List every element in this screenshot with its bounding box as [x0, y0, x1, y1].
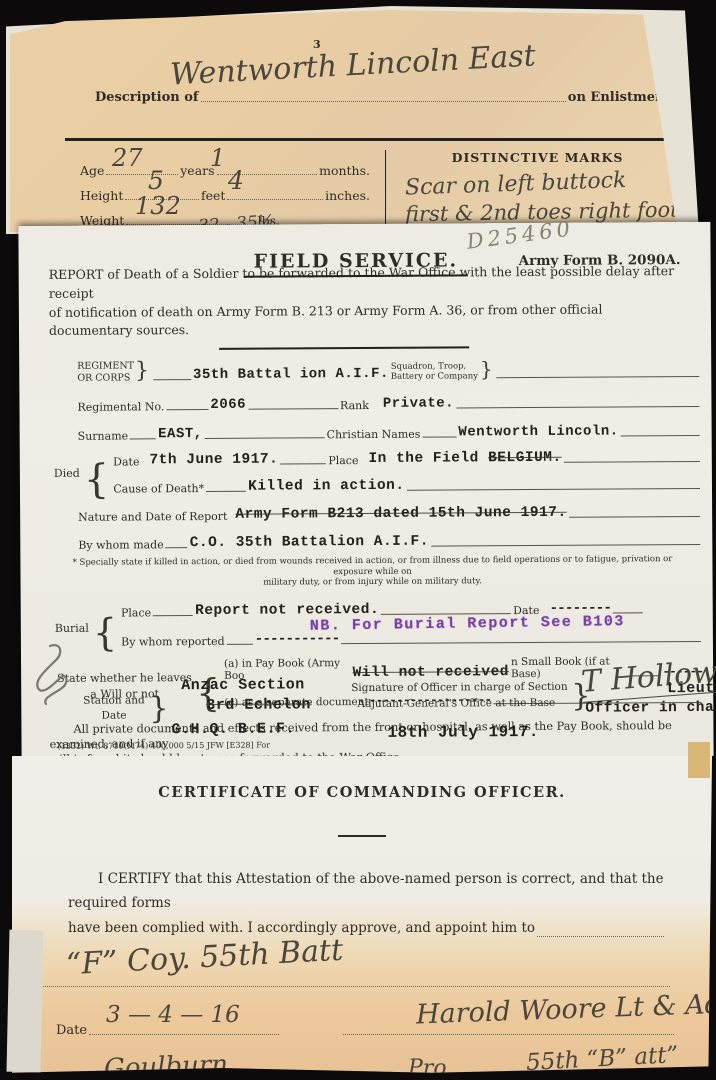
column-divider [385, 150, 386, 232]
signature-of-officer-label: Signature of Officer in charge of Sectio… [351, 681, 567, 694]
burial-section: Burial { Place Report not received. Date… [55, 600, 703, 649]
certificate-body: I CERTIFY that this Attestation of the a… [68, 867, 666, 940]
certificate-body-line1: I CERTIFY that this Attestation of the a… [68, 867, 666, 916]
christian-names-value: Wentworth Lincoln. [458, 423, 618, 440]
by-whom-made-label: By whom made [78, 538, 163, 552]
station-label-2: Date [101, 709, 126, 721]
height-inches-value: 4 [228, 166, 244, 195]
commanding-label: Commanding [396, 1073, 484, 1080]
appointment-script: “F” Coy. 55th Batt [65, 933, 344, 982]
certificate-title: CERTIFICATE OF COMMANDING OFFICER. [12, 784, 712, 801]
surname-label: Surname [78, 429, 129, 442]
by-whom-reported-label: By whom reported [121, 635, 225, 649]
died-place-value: In the Field BELGIUM. [368, 450, 561, 467]
superscript-number: 3 [313, 38, 321, 51]
commanding-unit-script: 55th “B” att” [525, 1042, 678, 1076]
description-line: Description of on Enlistment. Wentworth … [95, 90, 675, 105]
certificate-divider [338, 835, 386, 837]
died-place-struck: BELGIUM. [488, 450, 562, 466]
age-label: Age [80, 163, 104, 178]
section-rule [65, 138, 665, 141]
nature-value: Army Form B213 dated 15th June 1917. [235, 505, 566, 523]
nature-label: Nature and Date of Report [78, 510, 227, 524]
certificate-date-script: 3 — 4 — 16 [106, 1002, 240, 1028]
certificate-paper: CERTIFICATE OF COMMANDING OFFICER. I CER… [12, 756, 712, 1076]
cause-footnote: * Specially state if killed in action, o… [56, 554, 688, 590]
height-label: Height [80, 188, 123, 203]
form-title: FIELD SERVICE. [244, 249, 469, 277]
co-signature-script: Harold Woore Lt & Adj [416, 988, 716, 1030]
form-number: Army Form B. 2090A. [519, 252, 681, 269]
age-months-value: 1 [210, 144, 225, 172]
enlistment-description-paper: Description of on Enlistment. Wentworth … [10, 10, 698, 232]
imprint-line: (1332) Wt. 8710(M74) 400,000 5/15 JFW [E… [57, 730, 677, 753]
regimental-no-value: 2066 [210, 397, 246, 413]
regiment-row: REGIMENT OR CORPS } 35th Battal ion A.I.… [77, 355, 701, 384]
burial-place-label: Place [121, 606, 151, 619]
age-years-value: 27 [112, 144, 143, 172]
feet-label: feet [201, 188, 225, 203]
adjutant-general-label: Adjutant-General's Office at the Base [357, 697, 555, 710]
died-label: Died [54, 467, 80, 480]
tape-fragment [688, 742, 710, 778]
surname-row: Surname EAST, Christian Names Wentworth … [78, 423, 702, 443]
died-date-value: 7th June 1917. [149, 452, 278, 469]
regiment-value: 35th Battal ion A.I.F. [193, 366, 389, 383]
lieut-value: Lieut. [667, 680, 716, 697]
surname-value: EAST, [158, 426, 203, 442]
field-service-form-paper: D25460 FIELD SERVICE. Army Form B. 2090A… [18, 222, 713, 760]
under-page-edge [7, 930, 44, 1073]
regimental-no-row: Regimental No. 2066 Rank Private. [77, 394, 701, 414]
distinctive-marks-panel: DISTINCTIVE MARKS Scar on left buttock f… [405, 150, 670, 224]
dotted-leader [201, 100, 566, 102]
printer-imprint: (1332) Wt. 8710(M74) 400,000 5/15 JFW [E… [58, 741, 271, 751]
burial-label: Burial [55, 622, 89, 635]
intro-line-2: of notification of death on Army Form B.… [49, 300, 689, 341]
died-date-row: Date 7th June 1917. Place In the Field B… [113, 449, 702, 469]
anzac-section-value: Anzac Section [181, 676, 305, 694]
certificate-place-label: Place [56, 1073, 92, 1080]
report-date-typed: 18th July 1917. [387, 723, 539, 742]
rank-value: Private. [383, 395, 454, 411]
pro-script: Pro [408, 1056, 447, 1080]
cause-label: Cause of Death* [113, 482, 204, 496]
christian-names-label: Christian Names [327, 428, 421, 442]
height-feet-value: 5 [148, 166, 164, 195]
months-label: months. [319, 163, 370, 178]
handwritten-name: Wentworth Lincoln East [169, 38, 536, 92]
pencil-squiggle-mark [20, 640, 84, 712]
regiment-label-1: REGIMENT [77, 361, 134, 372]
officer-in-charge-records: Officer in charge records. [585, 699, 716, 716]
certificate-place-script: Goulburn [104, 1050, 229, 1080]
cause-value: Killed in action. [248, 478, 405, 495]
regimental-no-label: Regimental No. [77, 400, 164, 414]
died-place-label: Place [328, 454, 358, 467]
distinctive-marks-title: DISTINCTIVE MARKS [405, 150, 670, 165]
by-whom-made-row: By whom made C.O. 35th Battalion A.I.F. [78, 532, 702, 552]
rank-label: Rank [340, 399, 369, 412]
certificate-date-row: Date 3 — 4 — 16 Harold Woore Lt & Adj [56, 1016, 676, 1038]
squadron-label-1: Squadron, Troop, [391, 361, 466, 371]
marks-handwriting-line1: Scar on left buttock [405, 166, 671, 200]
squadron-label-2: Battery or Company [391, 371, 478, 382]
height-inches-label: inches. [325, 188, 370, 203]
intro-rule [219, 346, 469, 350]
echelon-value: 3rd Echelon [206, 696, 311, 714]
description-label: Description of [95, 90, 199, 105]
weight-value: 132 [135, 192, 181, 220]
certificate-place-row: Place Commanding Goulburn Pro 55th “B” a… [56, 1066, 676, 1080]
nature-of-report-row: Nature and Date of Report Army Form B213… [78, 504, 702, 524]
scanned-document-page: Description of on Enlistment. Wentworth … [0, 0, 716, 1080]
cause-of-death-row: Cause of Death* Killed in action. [113, 476, 702, 496]
died-date-label: Date [113, 455, 139, 468]
certificate-date-label: Date [56, 1023, 87, 1038]
regiment-label-2: OR CORPS [77, 372, 130, 383]
station-label-1: Station and [83, 694, 144, 706]
by-whom-made-value: C.O. 35th Battalion A.I.F. [190, 534, 429, 551]
appointment-line: “F” Coy. 55th Batt [36, 970, 672, 990]
form-header: FIELD SERVICE. Army Form B. 2090A. [19, 248, 711, 286]
died-section: Died { Date 7th June 1917. Place In the … [54, 449, 702, 496]
